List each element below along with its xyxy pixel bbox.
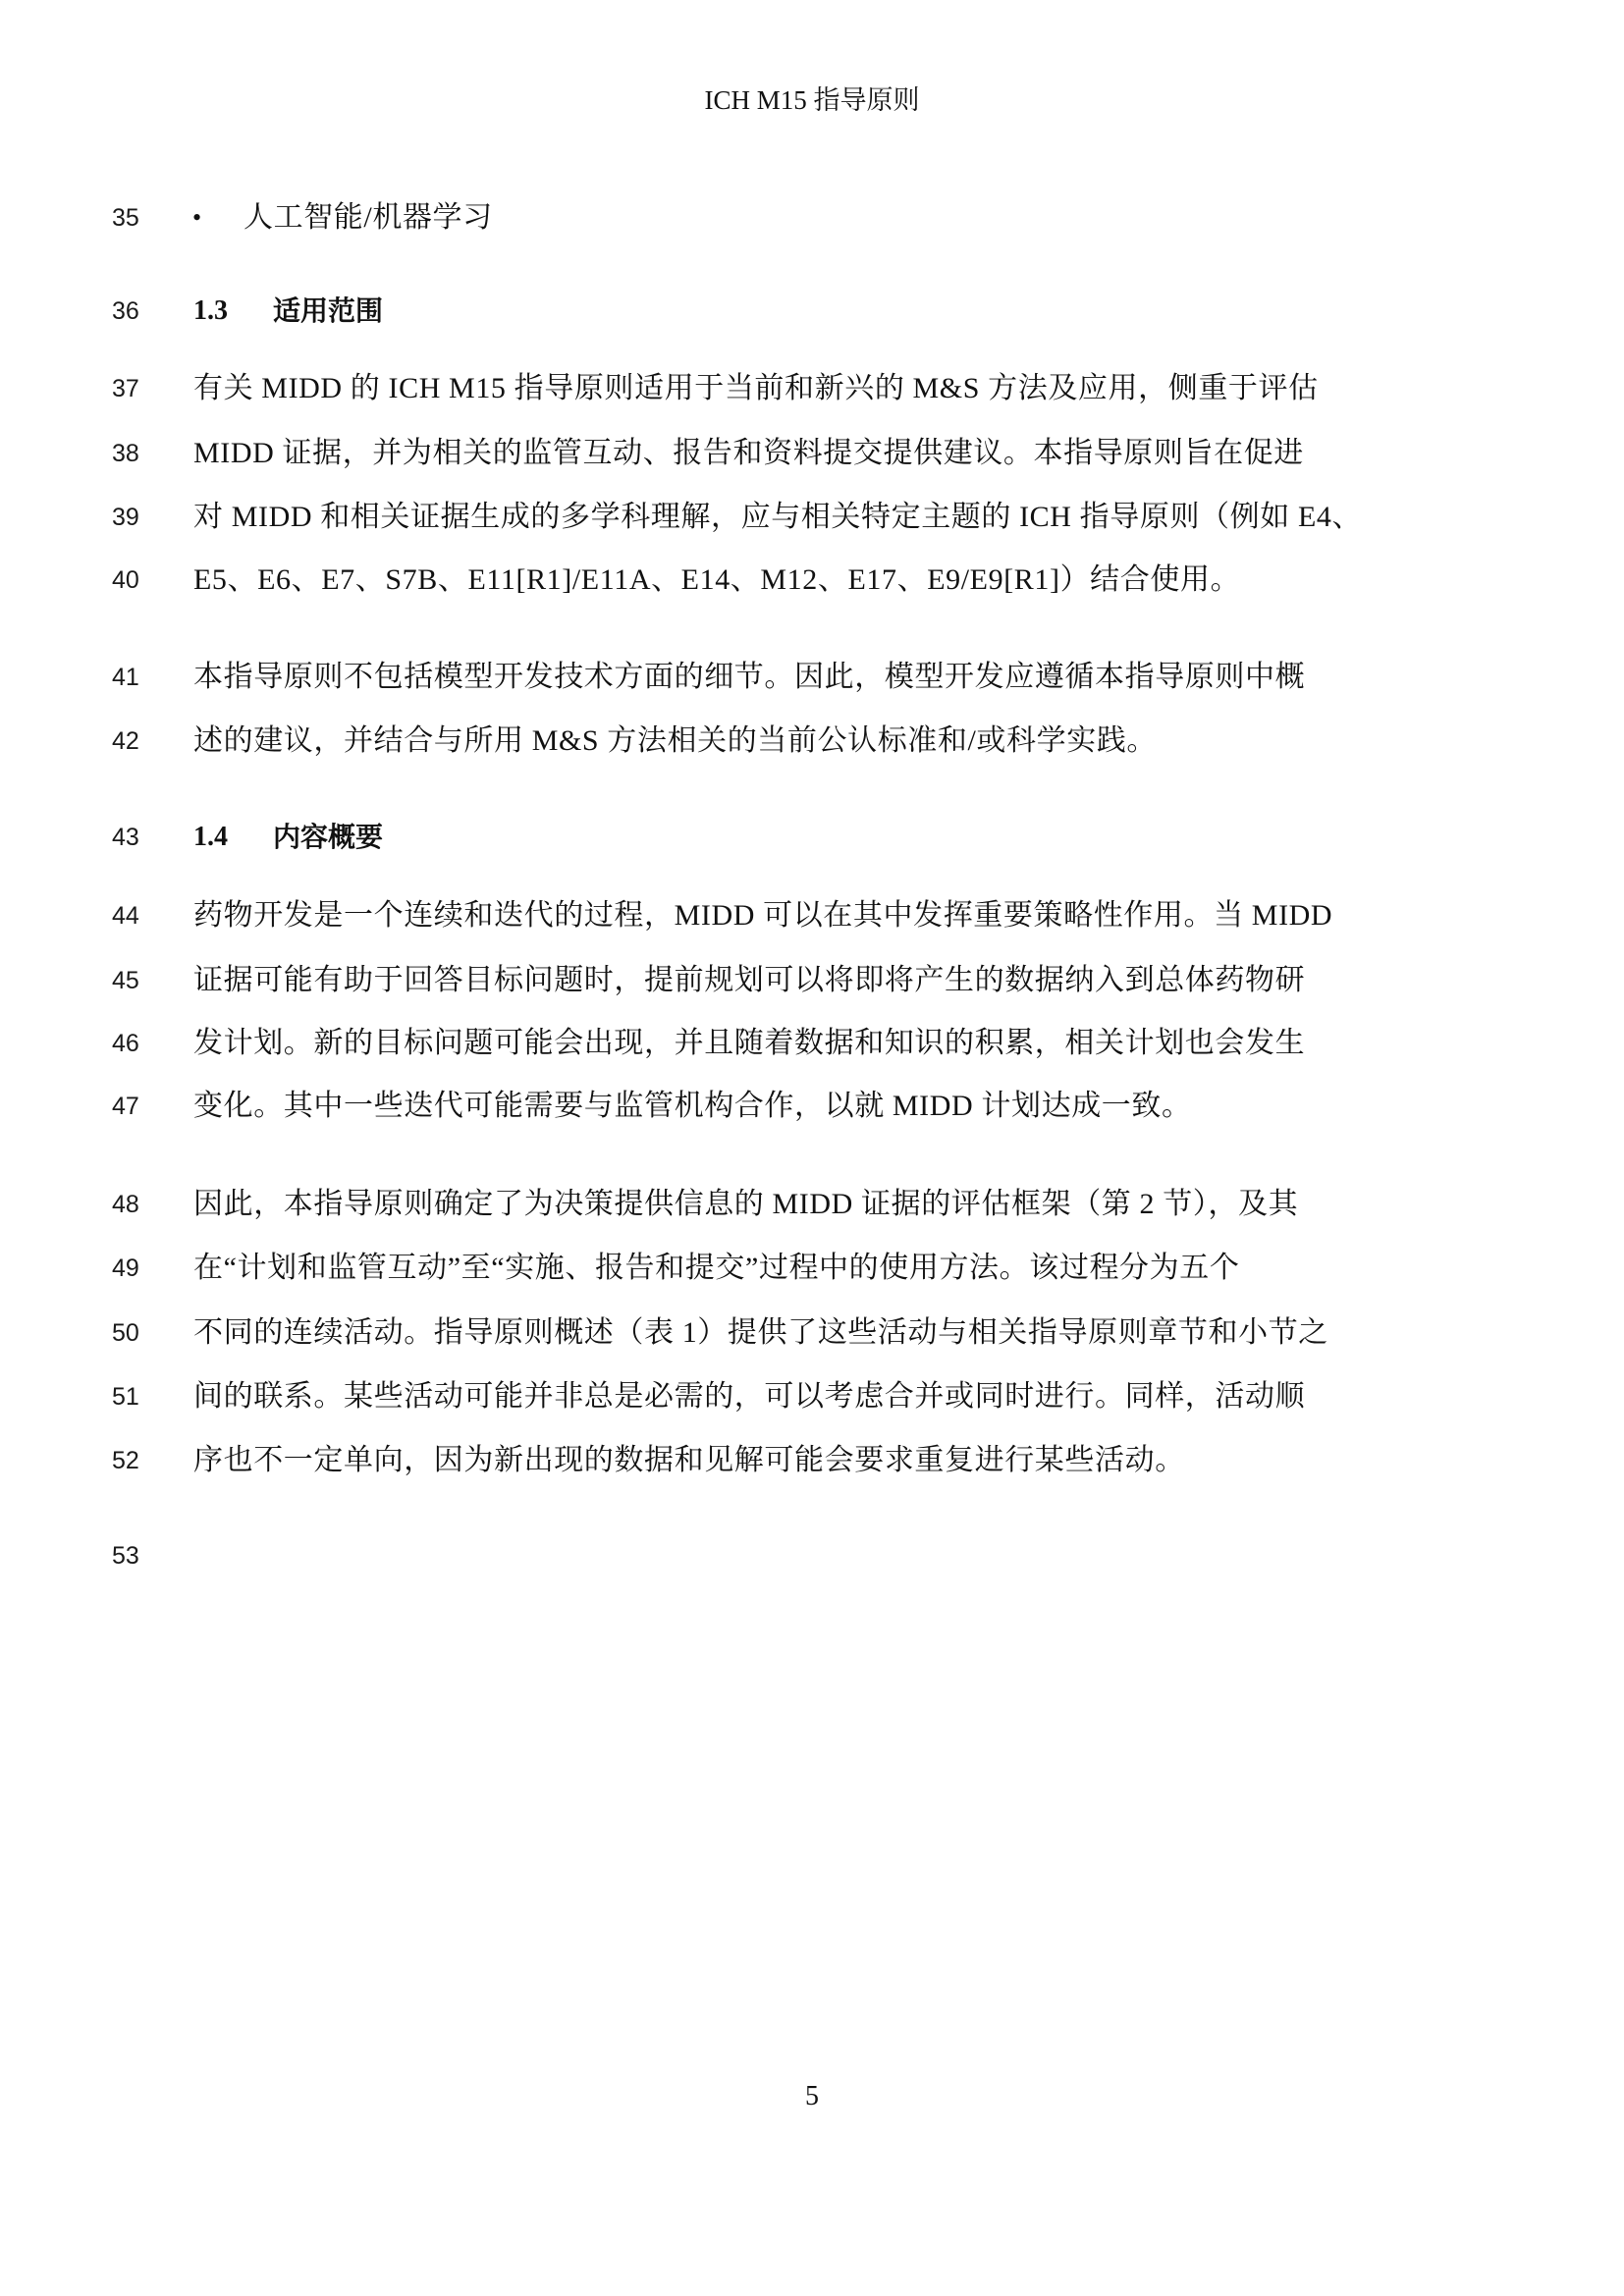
line-number: 49: [112, 1249, 139, 1288]
section-title: 适用范围: [273, 292, 383, 331]
line-number: 40: [112, 561, 139, 600]
paragraph-line: 不同的连续活动。指导原则概述（表 1）提供了这些活动与相关指导原则章节和小节之: [193, 1313, 1328, 1353]
bullet-icon: •: [192, 198, 201, 238]
page-header: ICH M15 指导原则: [0, 82, 1624, 118]
line-number: 51: [112, 1377, 139, 1416]
page-number: 5: [0, 2077, 1624, 2116]
line-number: 47: [112, 1087, 139, 1126]
paragraph-line: 述的建议，并结合与所用 M&S 方法相关的当前公认标准和/或科学实践。: [193, 721, 1157, 761]
line-number: 35: [112, 198, 139, 238]
line-number: 38: [112, 434, 139, 473]
line-number: 45: [112, 961, 139, 1000]
paragraph-line: 本指导原则不包括模型开发技术方面的细节。因此，模型开发应遵循本指导原则中概: [193, 658, 1305, 697]
line-number: 44: [112, 896, 139, 935]
line-number: 52: [112, 1441, 139, 1480]
paragraph-line: 证据可能有助于回答目标问题时，提前规划可以将即将产生的数据纳入到总体药物研: [193, 961, 1305, 1000]
paragraph-line: 对 MIDD 和相关证据生成的多学科理解，应与相关特定主题的 ICH 指导原则（…: [193, 498, 1362, 537]
paragraph-line: 序也不一定单向，因为新出现的数据和见解可能会要求重复进行某些活动。: [193, 1441, 1185, 1480]
line-number: 46: [112, 1024, 139, 1063]
line-number: 43: [112, 818, 139, 857]
line-number: 37: [112, 369, 139, 408]
paragraph-line: MIDD 证据，并为相关的监管互动、报告和资料提交提供建议。本指导原则旨在促进: [193, 434, 1304, 473]
line-number: 36: [112, 292, 139, 331]
paragraph-line: 间的联系。某些活动可能并非总是必需的，可以考虑合并或同时进行。同样，活动顺: [193, 1377, 1305, 1416]
line-number: 48: [112, 1185, 139, 1224]
paragraph-line: 发计划。新的目标问题可能会出现，并且随着数据和知识的积累，相关计划也会发生: [193, 1024, 1305, 1063]
paragraph-line: 有关 MIDD 的 ICH M15 指导原则适用于当前和新兴的 M&S 方法及应…: [193, 369, 1319, 408]
line-number: 50: [112, 1313, 139, 1353]
section-number: 1.4: [193, 818, 228, 857]
paragraph-line: 在“计划和监管互动”至“实施、报告和提交”过程中的使用方法。该过程分为五个: [193, 1249, 1239, 1288]
paragraph-line: E5、E6、E7、S7B、E11[R1]/E11A、E14、M12、E17、E9…: [193, 561, 1240, 600]
paragraph-line: 因此，本指导原则确定了为决策提供信息的 MIDD 证据的评估框架（第 2 节），…: [193, 1185, 1298, 1224]
paragraph-line: 变化。其中一些迭代可能需要与监管机构合作，以就 MIDD 计划达成一致。: [193, 1087, 1192, 1126]
line-number: 53: [112, 1536, 139, 1575]
line-number: 39: [112, 498, 139, 537]
bullet-item: 人工智能/机器学习: [244, 198, 493, 238]
line-number: 42: [112, 721, 139, 761]
section-number: 1.3: [193, 292, 228, 331]
section-title: 内容概要: [273, 818, 383, 857]
line-number: 41: [112, 658, 139, 697]
paragraph-line: 药物开发是一个连续和迭代的过程，MIDD 可以在其中发挥重要策略性作用。当 MI…: [193, 896, 1332, 935]
